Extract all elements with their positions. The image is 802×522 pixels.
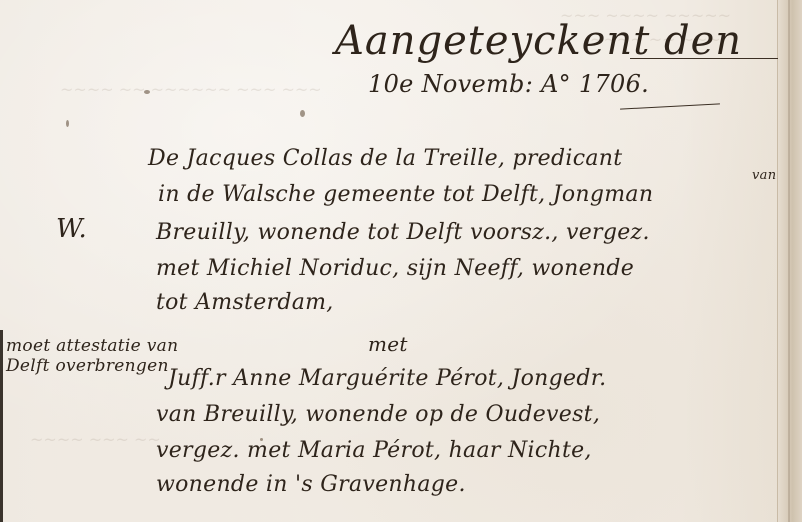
entry-date: 10e Novemb: A° 1706. — [368, 70, 649, 98]
groom-line-1: De Jacques Collas de la Treille, predica… — [148, 146, 622, 171]
ink-speck — [66, 120, 69, 127]
groom-line-4: met Michiel Noriduc, sijn Neeff, wonende — [156, 256, 634, 281]
groom-line-2: in de Walsche gemeente tot Delft, Jongma… — [158, 182, 653, 207]
bride-line-2: van Breuilly, wonende op de Oudevest, — [156, 402, 600, 427]
left-page-edge — [0, 330, 3, 522]
bride-line-1: Juff.r Anne Marguérite Pérot, Jongedr. — [168, 366, 606, 391]
groom-line-5: tot Amsterdam, — [156, 290, 334, 315]
book-gutter — [777, 0, 802, 522]
groom-line-3: Breuilly, wonende tot Delft voorsz., ver… — [156, 220, 650, 245]
connector-met: met — [368, 332, 408, 356]
margin-note-line-2: Delft overbrengen — [6, 356, 169, 376]
widower-mark: W. — [56, 214, 87, 244]
heading-underline — [630, 58, 778, 59]
bride-line-4: wonende in 's Gravenhage. — [156, 472, 466, 497]
bride-line-3: vergez. met Maria Pérot, haar Nichte, — [156, 438, 592, 463]
ink-speck — [144, 90, 150, 94]
margin-note-line-1: moet attestatie van — [6, 336, 178, 356]
ink-speck — [300, 110, 305, 117]
interlinear-van: van — [752, 168, 776, 183]
